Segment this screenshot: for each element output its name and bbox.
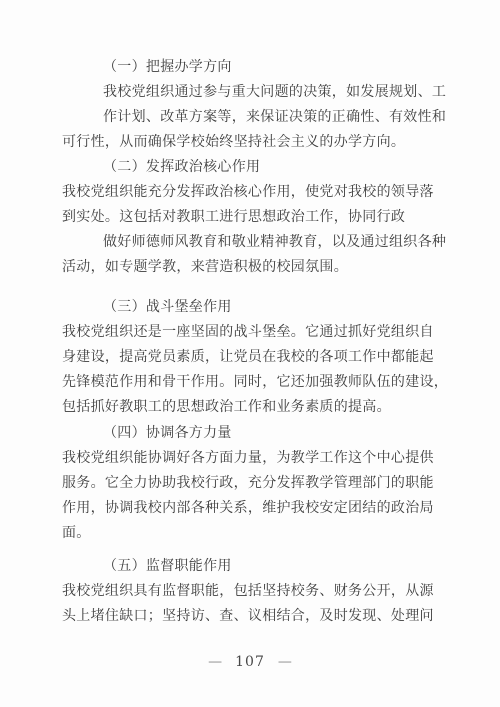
paragraph-line: 身建设，提高党员素质，让党员在我校的各项工作中都能起 [62,345,442,370]
page-number-dash-right: — [278,654,292,670]
paragraph-line: 到实处。这包括对教职工进行思想政治工作，协同行政 [62,205,442,230]
heading-section-2: （二）发挥政治核心作用 [62,155,442,180]
heading-section-1: （一）把握办学方向 [62,55,442,80]
paragraph-line: 我校党组织具有监督职能，包括坚持校务、财务公开，从源 [62,579,442,604]
paragraph-line: 作计划、改革方案等，来保证决策的正确性、有效性和 [62,105,442,130]
heading-section-3: （三）战斗堡垒作用 [62,295,442,320]
paragraph-line: 先锋模范作用和骨干作用。同时，它还加强教师队伍的建设， [62,370,442,395]
paragraph-line: 做好师德师风教育和敬业精神教育，以及通过组织各种 [62,230,442,255]
paragraph-line: 头上堵住缺口；坚持访、查、议相结合，及时发现、处理问 [62,604,442,629]
paragraph-line: 我校党组织能协调好各方面力量，为教学工作这个中心提供 [62,446,442,471]
paragraph-line: 可行性，从而确保学校始终坚持社会主义的办学方向。 [62,130,442,155]
page-number: 107 [235,654,265,670]
document-body: （一）把握办学方向 我校党组织通过参与重大问题的决策，如发展规划、工 作计划、改… [0,0,442,675]
paragraph-line: 我校党组织能充分发挥政治核心作用，使党对我校的领导落 [62,180,442,205]
page-footer: —107— [62,650,438,675]
paragraph-line: 我校党组织还是一座坚固的战斗堡垒。它通过抓好党组织自 [62,320,442,345]
paragraph-line: 面。 [62,521,442,546]
document-page: （一）把握办学方向 我校党组织通过参与重大问题的决策，如发展规划、工 作计划、改… [0,0,500,707]
paragraph-line: 活动，如专题学教，来营造积极的校园氛围。 [62,255,442,280]
paragraph-line: 包括抓好教职工的思想政治工作和业务素质的提高。 [62,395,442,420]
paragraph-line: 服务。它全力协助我校行政，充分发挥教学管理部门的职能 [62,471,442,496]
paragraph-line: 我校党组织通过参与重大问题的决策，如发展规划、工 [62,80,442,105]
heading-section-4: （四）协调各方力量 [62,421,442,446]
paragraph-line: 作用，协调我校内部各种关系，维护我校安定团结的政治局 [62,496,442,521]
page-number-dash-left: — [208,654,222,670]
heading-section-5: （五）监督职能作用 [62,554,442,579]
